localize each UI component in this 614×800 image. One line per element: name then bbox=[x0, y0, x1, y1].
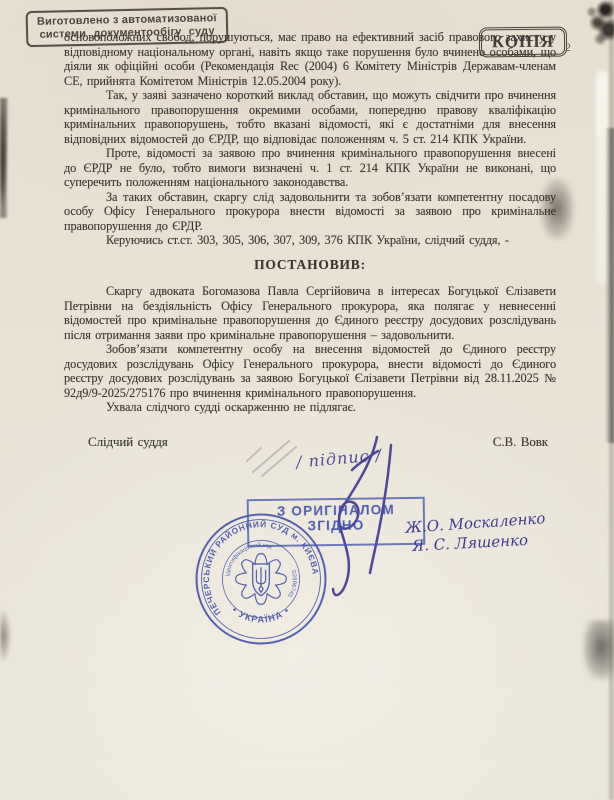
body-paragraph: За таких обставин, скаргу слід задовольн… bbox=[64, 190, 556, 234]
svg-text:• УКРАЇНА •: • УКРАЇНА • bbox=[230, 605, 292, 625]
seal-code-text: 02896745 bbox=[286, 570, 297, 599]
scan-smudge-right bbox=[540, 178, 574, 240]
scan-marks-left bbox=[0, 98, 9, 218]
trident-icon bbox=[256, 567, 265, 592]
resolution-heading: ПОСТАНОВИВ: bbox=[64, 258, 556, 273]
body-paragraph: Проте, відомості за заявою про вчинення … bbox=[64, 146, 556, 190]
resolution-paragraph: Скаргу адвоката Богомазова Павла Сергійо… bbox=[64, 284, 556, 342]
judge-name: С.В. Вовк bbox=[493, 435, 548, 450]
body-paragraph: Керуючись ст.ст. 303, 305, 306, 307, 309… bbox=[64, 233, 556, 248]
seal-country-text: • УКРАЇНА • bbox=[230, 605, 292, 625]
scan-smudge-bottom-left bbox=[0, 610, 11, 662]
resolution-paragraph: Зобов’язати компетентну особу на внесенн… bbox=[64, 342, 556, 400]
document-body: основоположних свобод, порушуються, має … bbox=[64, 30, 556, 449]
scanned-court-document-page: Виготовлено з автоматизованої системи до… bbox=[0, 0, 614, 800]
court-seal-graphic: ПЕЧЕРСЬКИЙ РАЙОННИЙ СУД м. КИЄВА • УКРАЇ… bbox=[194, 510, 328, 648]
body-paragraph: основоположних свобод, порушуються, має … bbox=[64, 30, 556, 88]
scan-edge-shadow bbox=[609, 0, 614, 800]
svg-text:02896745: 02896745 bbox=[286, 570, 297, 599]
resolution-paragraph: Ухвала слідчого судді оскарженню не підл… bbox=[64, 400, 556, 415]
court-round-seal: ПЕЧЕРСЬКИЙ РАЙОННИЙ СУД м. КИЄВА • УКРАЇ… bbox=[194, 510, 328, 648]
scan-smudge-bottom-right bbox=[583, 620, 614, 680]
page-number: 2 bbox=[565, 40, 571, 55]
body-paragraph: Так, у заяві зазначено короткий виклад о… bbox=[64, 88, 556, 146]
judge-role-label: Слідчий суддя bbox=[88, 435, 168, 450]
